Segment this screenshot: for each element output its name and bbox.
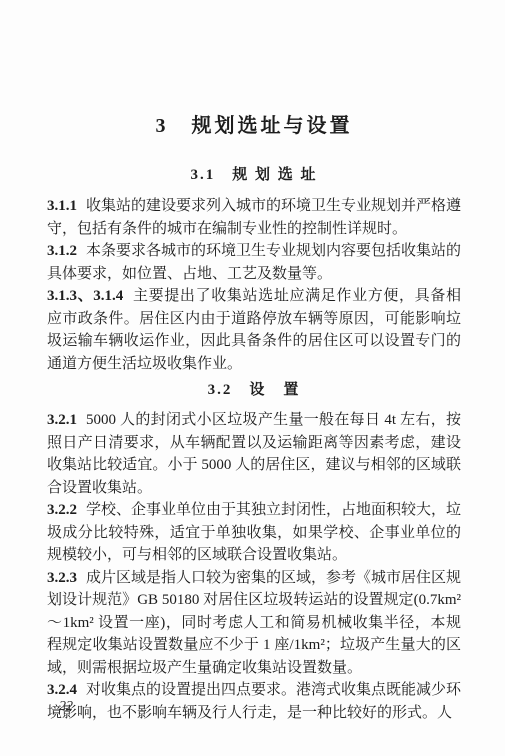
document-page: 3 规划选址与设置 3.1 规 划 选 址 3.1.1收集站的建设要求列入城市的…: [0, 0, 505, 756]
clause-number: 3.1.2: [47, 243, 77, 259]
section-heading-3-2: 3.2 设 置: [47, 380, 461, 400]
clause-text: 成片区域是指人口较为密集的区域，参考《城市居住区规划设计规范》GB 50180 …: [47, 570, 461, 676]
clause-text: 5000 人的封闭式小区垃圾产生量一般在每日 4t 左右，按照日产日清要求，从车…: [47, 412, 461, 496]
clause-text: 本条要求各城市的环境卫生专业规划内容要包括收集站的具体要求，如位置、占地、工艺及…: [47, 243, 461, 282]
clause-number: 3.2.1: [47, 412, 77, 428]
clause-number: 3.2.2: [47, 502, 77, 518]
clause-text: 对收集点的设置提出四点要求。港湾式收集点既能减少环境影响，也不影响车辆及行人行走…: [47, 682, 461, 721]
clause-number: 3.2.3: [47, 570, 77, 586]
clause-number: 3.1.3、3.1.4: [47, 288, 123, 304]
clause-number: 3.2.4: [47, 682, 77, 698]
clause-3-1-2: 3.1.2本条要求各城市的环境卫生专业规划内容要包括收集站的具体要求，如位置、占…: [47, 240, 461, 285]
clause-3-1-3-and-3-1-4: 3.1.3、3.1.4主要提出了收集站选址应满足作业方便，具备相应市政条件。居住…: [47, 285, 461, 375]
clause-number: 3.1.1: [47, 198, 77, 214]
clause-3-2-3: 3.2.3成片区域是指人口较为密集的区域，参考《城市居住区规划设计规范》GB 5…: [47, 567, 461, 680]
clause-text: 收集站的建设要求列入城市的环境卫生专业规划并严格遵守，包括有条件的城市在编制专业…: [47, 198, 461, 237]
clause-3-2-2: 3.2.2学校、企事业单位由于其独立封闭性，占地面积较大，垃圾成分比较特殊，适宜…: [47, 499, 461, 567]
chapter-title: 3 规划选址与设置: [47, 112, 461, 140]
clause-3-2-1: 3.2.15000 人的封闭式小区垃圾产生量一般在每日 4t 左右，按照日产日清…: [47, 409, 461, 499]
clause-3-2-4: 3.2.4对收集点的设置提出四点要求。港湾式收集点既能减少环境影响，也不影响车辆…: [47, 679, 461, 724]
section-heading-3-1: 3.1 规 划 选 址: [47, 165, 461, 185]
clause-text: 学校、企事业单位由于其独立封闭性，占地面积较大，垃圾成分比较特殊，适宜于单独收集…: [47, 502, 461, 563]
page-number: 22: [59, 699, 73, 715]
clause-3-1-1: 3.1.1收集站的建设要求列入城市的环境卫生专业规划并严格遵守，包括有条件的城市…: [47, 195, 461, 240]
